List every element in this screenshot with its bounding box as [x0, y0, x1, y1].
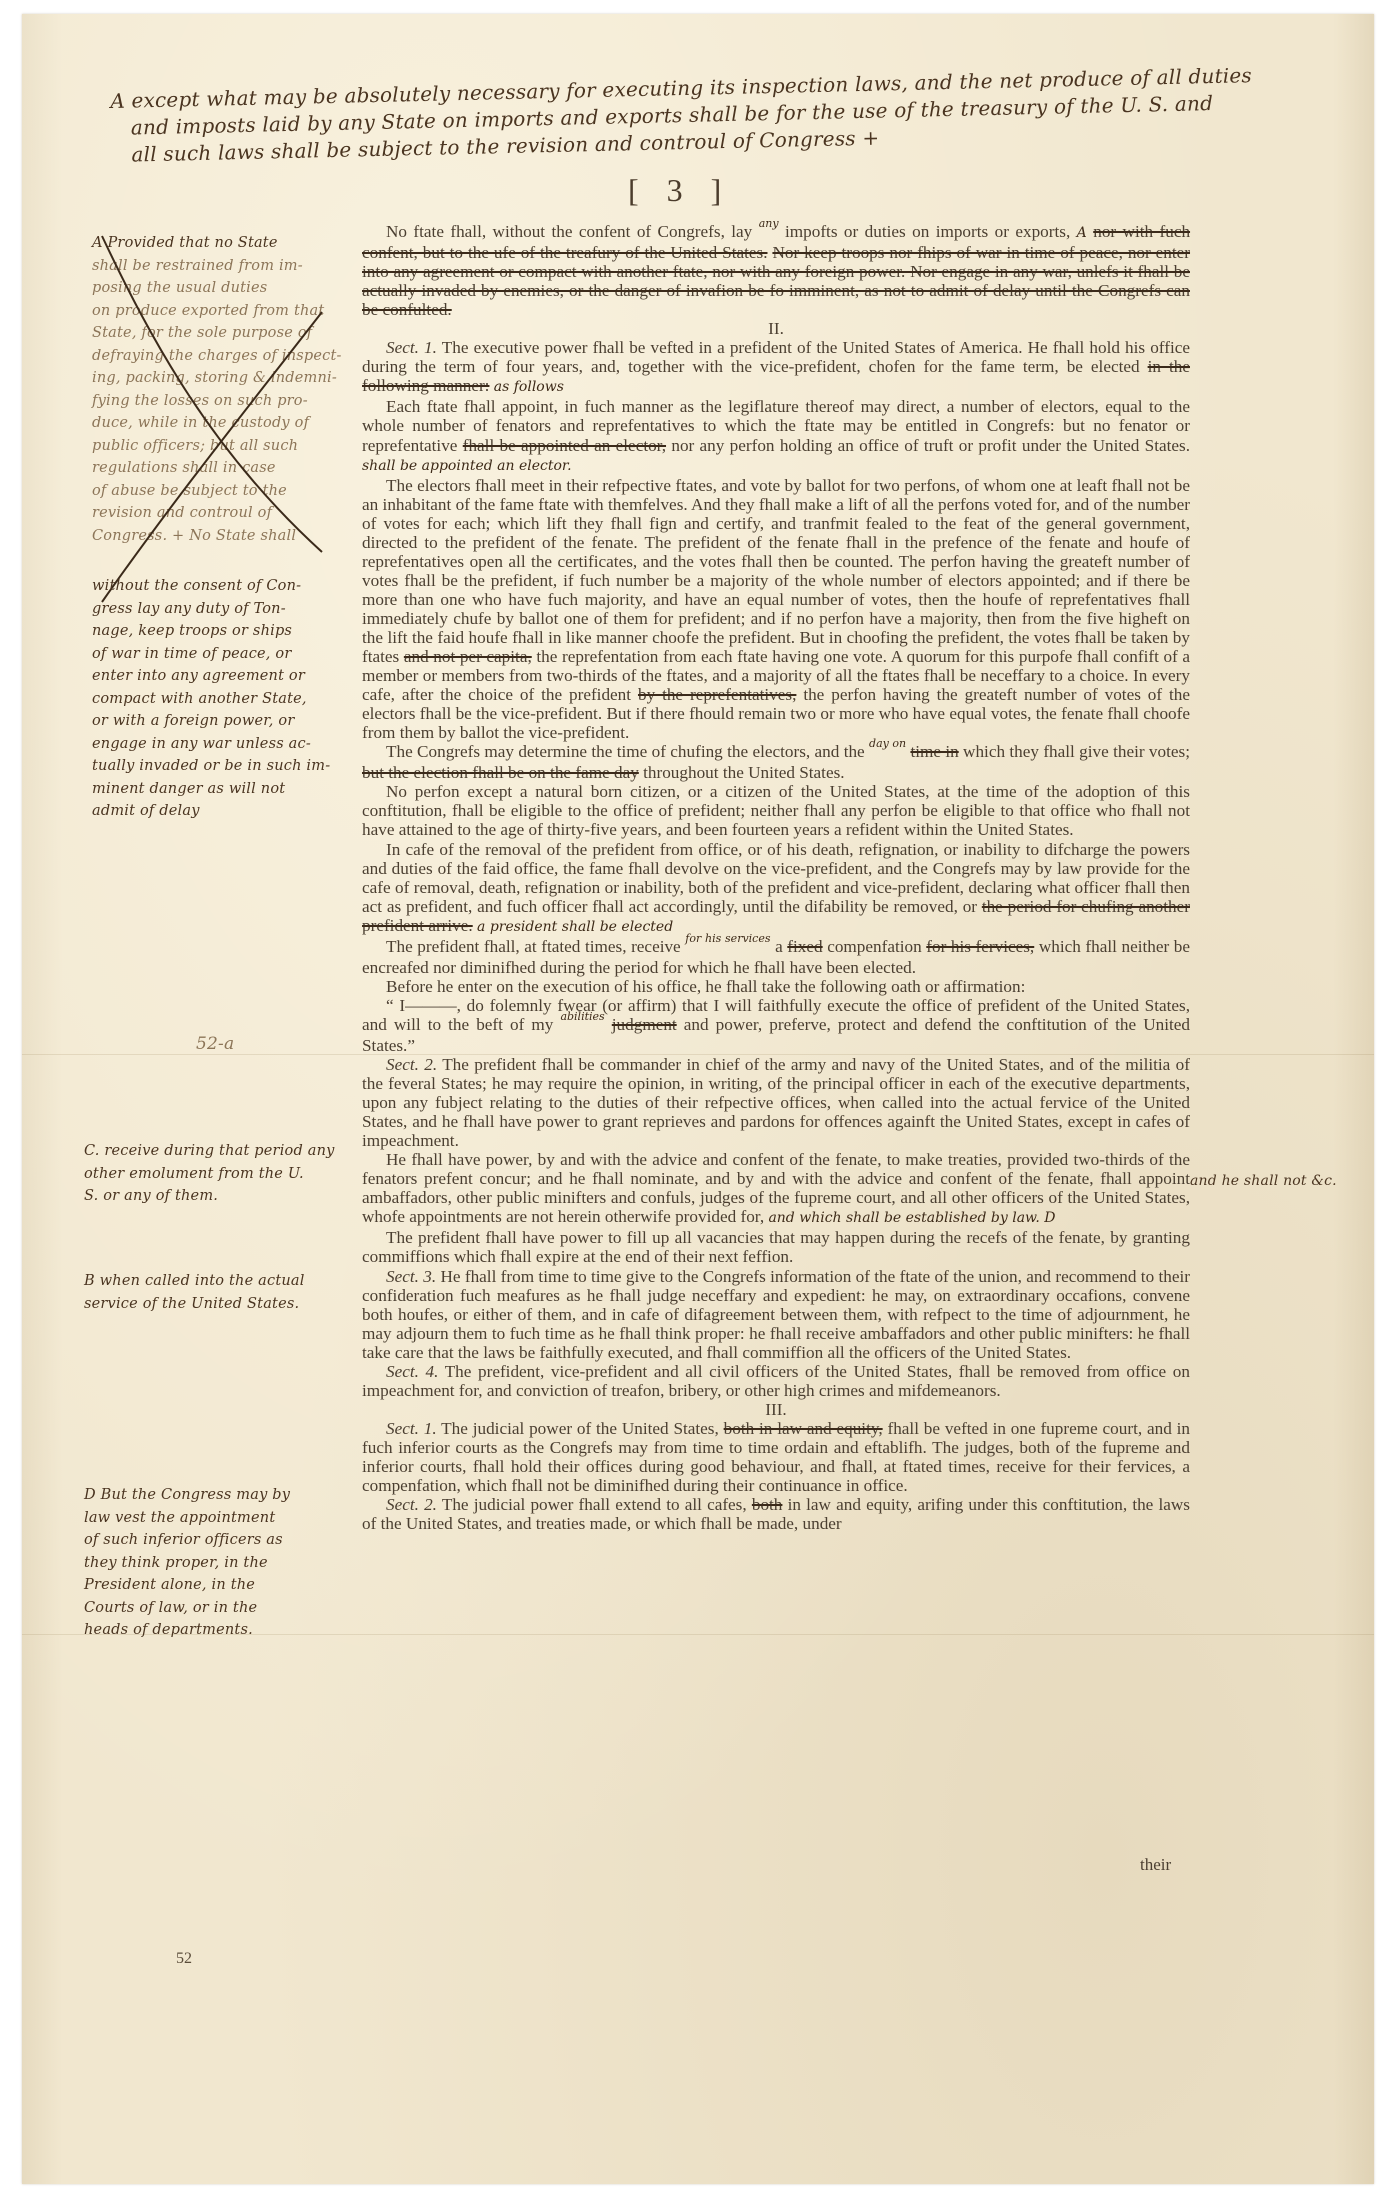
margin-line: of such inferior officers as	[84, 1529, 344, 1552]
margin-line: minent danger as will not	[92, 778, 342, 801]
margin-line: engage in any war unless ac-	[92, 733, 342, 756]
insertion: a president shall be elected	[477, 919, 673, 935]
text: impofts or duties on imports or exports,	[785, 222, 1070, 241]
margin-line: without the consent of Con-	[92, 575, 342, 598]
margin-line: of abuse be subject to the	[92, 480, 342, 503]
text: He fhall from time to time give to the C…	[362, 1267, 1190, 1362]
insertion: day on	[869, 737, 906, 750]
text: No ftate fhall, without the confent of C…	[386, 222, 752, 241]
article-heading: II.	[362, 319, 1190, 338]
text: which they fhall give their votes;	[963, 742, 1190, 761]
paragraph-each-state: Each ftate fhall appoint, in fuch manner…	[362, 397, 1190, 475]
margin-line: law vest the appointment	[84, 1507, 344, 1530]
struck-text: and not per capita,	[404, 647, 532, 666]
margin-line: on produce exported from that	[92, 300, 342, 323]
margin-line: A Provided that no State	[92, 232, 342, 255]
margin-line: or with a foreign power, or	[92, 710, 342, 733]
struck-text: time in	[910, 742, 958, 761]
margin-line: compact with another State,	[92, 688, 342, 711]
section-label: Sect. 2.	[386, 1495, 437, 1514]
margin-line: admit of delay	[92, 800, 342, 823]
text: The electors fhall meet in their refpect…	[362, 476, 1190, 666]
margin-line: regulations shall in case	[92, 457, 342, 480]
insertion: abilities	[560, 1010, 604, 1023]
paragraph-section-1: Sect. 1. The executive power fhall be ve…	[362, 338, 1190, 397]
section-label: Sect. 2.	[386, 1055, 437, 1074]
margin-line: duce, while in the custody of	[92, 412, 342, 435]
paragraph-judicial-section-1: Sect. 1. The judicial power of the Unite…	[362, 1419, 1190, 1495]
margin-line: S. or any of them.	[84, 1185, 344, 1208]
paragraph-section-2: Sect. 2. The prefident fhall be commande…	[362, 1055, 1190, 1150]
section-label: Sect. 1.	[386, 1419, 437, 1438]
catchword: their	[1140, 1855, 1171, 1875]
paragraph-electors: The electors fhall meet in their refpect…	[362, 476, 1190, 743]
margin-line: Courts of law, or in the	[84, 1597, 344, 1620]
paragraph-removal: In cafe of the removal of the prefident …	[362, 840, 1190, 937]
margin-line: of war in time of peace, or	[92, 643, 342, 666]
text: The Congrefs may determine the time of c…	[386, 742, 865, 761]
struck-text: judgment	[612, 1015, 677, 1034]
margin-line: they think proper, in the	[84, 1552, 344, 1575]
article-heading: III.	[362, 1400, 1190, 1419]
struck-text: both	[752, 1495, 783, 1514]
insertion: as follows	[494, 379, 564, 395]
margin-note-a-continued: without the consent of Con- gress lay an…	[92, 575, 342, 823]
margin-line: heads of departments.	[84, 1619, 344, 1642]
text: nor any perfon holding an office of truf…	[671, 436, 1190, 455]
text: The judicial power of the United States,	[441, 1419, 719, 1438]
margin-note-b: B when called into the actual service of…	[84, 1270, 344, 1315]
paragraph-compensation: The prefident fhall, at ftated times, re…	[362, 937, 1190, 977]
struck-text: by the reprefentatives,	[638, 685, 796, 704]
margin-line: tually invaded or be in such im-	[92, 755, 342, 778]
margin-line: service of the United States.	[84, 1293, 344, 1316]
page-number: 52	[176, 1950, 192, 1968]
margin-note-d: D But the Congress may by law vest the a…	[84, 1484, 344, 1642]
struck-text: but the election fhall be on the fame da…	[362, 763, 639, 782]
text: The judicial power fhall extend to all c…	[442, 1495, 747, 1514]
margin-line: nage, keep troops or ships	[92, 620, 342, 643]
margin-line: shall be restrained from im-	[92, 255, 342, 278]
text: compenfation	[827, 937, 922, 956]
margin-line: ing, packing, storing & indemni-	[92, 367, 342, 390]
paragraph-oath-intro: Before he enter on the execution of his …	[362, 977, 1190, 996]
margin-line: fying the losses on such pro-	[92, 390, 342, 413]
archive-mark: 52-a	[196, 1033, 234, 1056]
struck-text: fixed	[787, 937, 822, 956]
paragraph-section-3: Sect. 3. He fhall from time to time give…	[362, 1267, 1190, 1362]
margin-line: State, for the sole purpose of	[92, 322, 342, 345]
margin-line: C. receive during that period any	[84, 1140, 344, 1163]
text: throughout the United States.	[643, 763, 844, 782]
paragraph-oath: “ I———, do folemnly fwear (or affirm) th…	[362, 996, 1190, 1055]
insertion-marker: A	[1077, 225, 1087, 241]
margin-line: gress lay any duty of Ton-	[92, 598, 342, 621]
paragraph-vacancies: The prefident fhall have power to fill u…	[362, 1228, 1190, 1266]
paragraph-judicial-section-2: Sect. 2. The judicial power fhall extend…	[362, 1495, 1190, 1533]
paragraph-no-state: No ftate fhall, without the confent of C…	[362, 222, 1190, 319]
text: The prefident, vice-prefident and all ci…	[362, 1362, 1190, 1400]
paragraph-section-4: Sect. 4. The prefident, vice-prefident a…	[362, 1362, 1190, 1400]
struck-text: fhall be appointed an elector,	[463, 436, 666, 455]
margin-note-c: C. receive during that period any other …	[84, 1140, 344, 1208]
text: The executive power fhall be vefted in a…	[362, 338, 1190, 376]
right-margin-note: and he shall not &c.	[1190, 1173, 1337, 1189]
margin-line: public officers; but all such	[92, 435, 342, 458]
paragraph-treaties: He fhall have power, by and with the adv…	[362, 1150, 1190, 1228]
margin-line: revision and controul of	[92, 502, 342, 525]
printed-text-column: No ftate fhall, without the confent of C…	[362, 222, 1190, 1533]
margin-line: defraying the charges of inspect-	[92, 345, 342, 368]
text: The prefident fhall, at ftated times, re…	[386, 937, 681, 956]
paragraph-congress-time: The Congrefs may determine the time of c…	[362, 742, 1190, 782]
insertion: any	[759, 217, 779, 230]
margin-line: other emolument from the U.	[84, 1163, 344, 1186]
margin-line: enter into any agreement or	[92, 665, 342, 688]
section-label: Sect. 4.	[386, 1362, 438, 1381]
margin-line: B when called into the actual	[84, 1270, 344, 1293]
margin-line: Congress. + No State shall	[92, 525, 342, 548]
text: a	[775, 937, 783, 956]
paragraph-no-person: No perfon except a natural born citizen,…	[362, 782, 1190, 839]
section-label: Sect. 1.	[386, 338, 437, 357]
margin-line: posing the usual duties	[92, 277, 342, 300]
struck-text: both in law and equity,	[724, 1419, 883, 1438]
insertion: shall be appointed an elector.	[362, 458, 572, 474]
text: The prefident fhall be commander in chie…	[362, 1055, 1190, 1150]
margin-note-a: A Provided that no State shall be restra…	[92, 232, 342, 547]
page-marker: [ 3 ]	[628, 172, 731, 209]
section-label: Sect. 3.	[386, 1267, 436, 1286]
struck-text: for his fervices,	[926, 937, 1034, 956]
insertion: and which shall be established by law. D	[768, 1210, 1055, 1226]
insertion: for his services	[685, 932, 770, 945]
margin-line: President alone, in the	[84, 1574, 344, 1597]
margin-line: D But the Congress may by	[84, 1484, 344, 1507]
